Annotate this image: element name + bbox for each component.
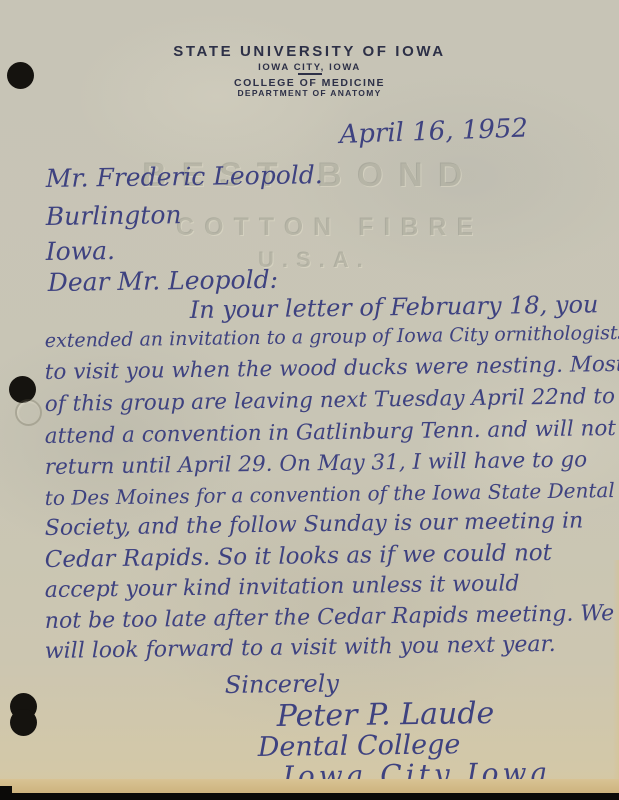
body-line: of this group are leaving next Tuesday A… (45, 384, 615, 417)
hole-punch-top (7, 62, 34, 89)
recipient-state: Iowa. (46, 236, 116, 266)
date-line: April 16, 1952 (339, 113, 528, 150)
recipient-name: Mr. Frederic Leopold. (46, 160, 323, 193)
letterhead-rule (298, 73, 322, 75)
body-line: accept your kind invitation unless it wo… (45, 571, 520, 603)
letter-page: STATE UNIVERSITY OF IOWA IOWA CITY, IOWA… (0, 0, 619, 800)
letterhead-department: DEPARTMENT OF ANATOMY (0, 88, 619, 98)
body-line: extended an invitation to a group of Iow… (45, 322, 619, 352)
body-line: attend a convention in Gatlinburg Tenn. … (45, 416, 616, 449)
letterhead-city: IOWA CITY, IOWA (0, 62, 619, 73)
body-line: return until April 29. On May 31, I will… (45, 447, 588, 480)
scan-edge-tan-band (0, 779, 619, 793)
letterhead-university: STATE UNIVERSITY OF IOWA (0, 43, 619, 60)
body-line: to visit you when the wood ducks were ne… (45, 352, 619, 385)
scan-edge-black-band (0, 793, 619, 800)
scan-edge-corner (0, 786, 12, 800)
body-line: will look forward to a visit with you ne… (45, 632, 556, 664)
recipient-city: Burlington (46, 200, 182, 231)
body-line: not be too late after the Cedar Rapids m… (45, 601, 615, 634)
salutation: Dear Mr. Leopold: (48, 265, 279, 297)
hole-punch-emboss-ring (15, 399, 42, 426)
body-line: Cedar Rapids. So it looks as if we could… (45, 540, 552, 573)
body-line: In your letter of February 18, you (190, 290, 599, 324)
hole-punch-bottom-lower (10, 709, 37, 736)
body-line: to Des Moines for a convention of the Io… (45, 478, 615, 510)
valediction: Sincerely (225, 669, 340, 699)
scan-edge-right (613, 560, 619, 794)
signature-name: Peter P. Laude (277, 696, 495, 734)
paper-watermark-fibre: COTTON FIBRE (176, 213, 483, 242)
body-line: Society, and the follow Sunday is our me… (45, 508, 584, 541)
